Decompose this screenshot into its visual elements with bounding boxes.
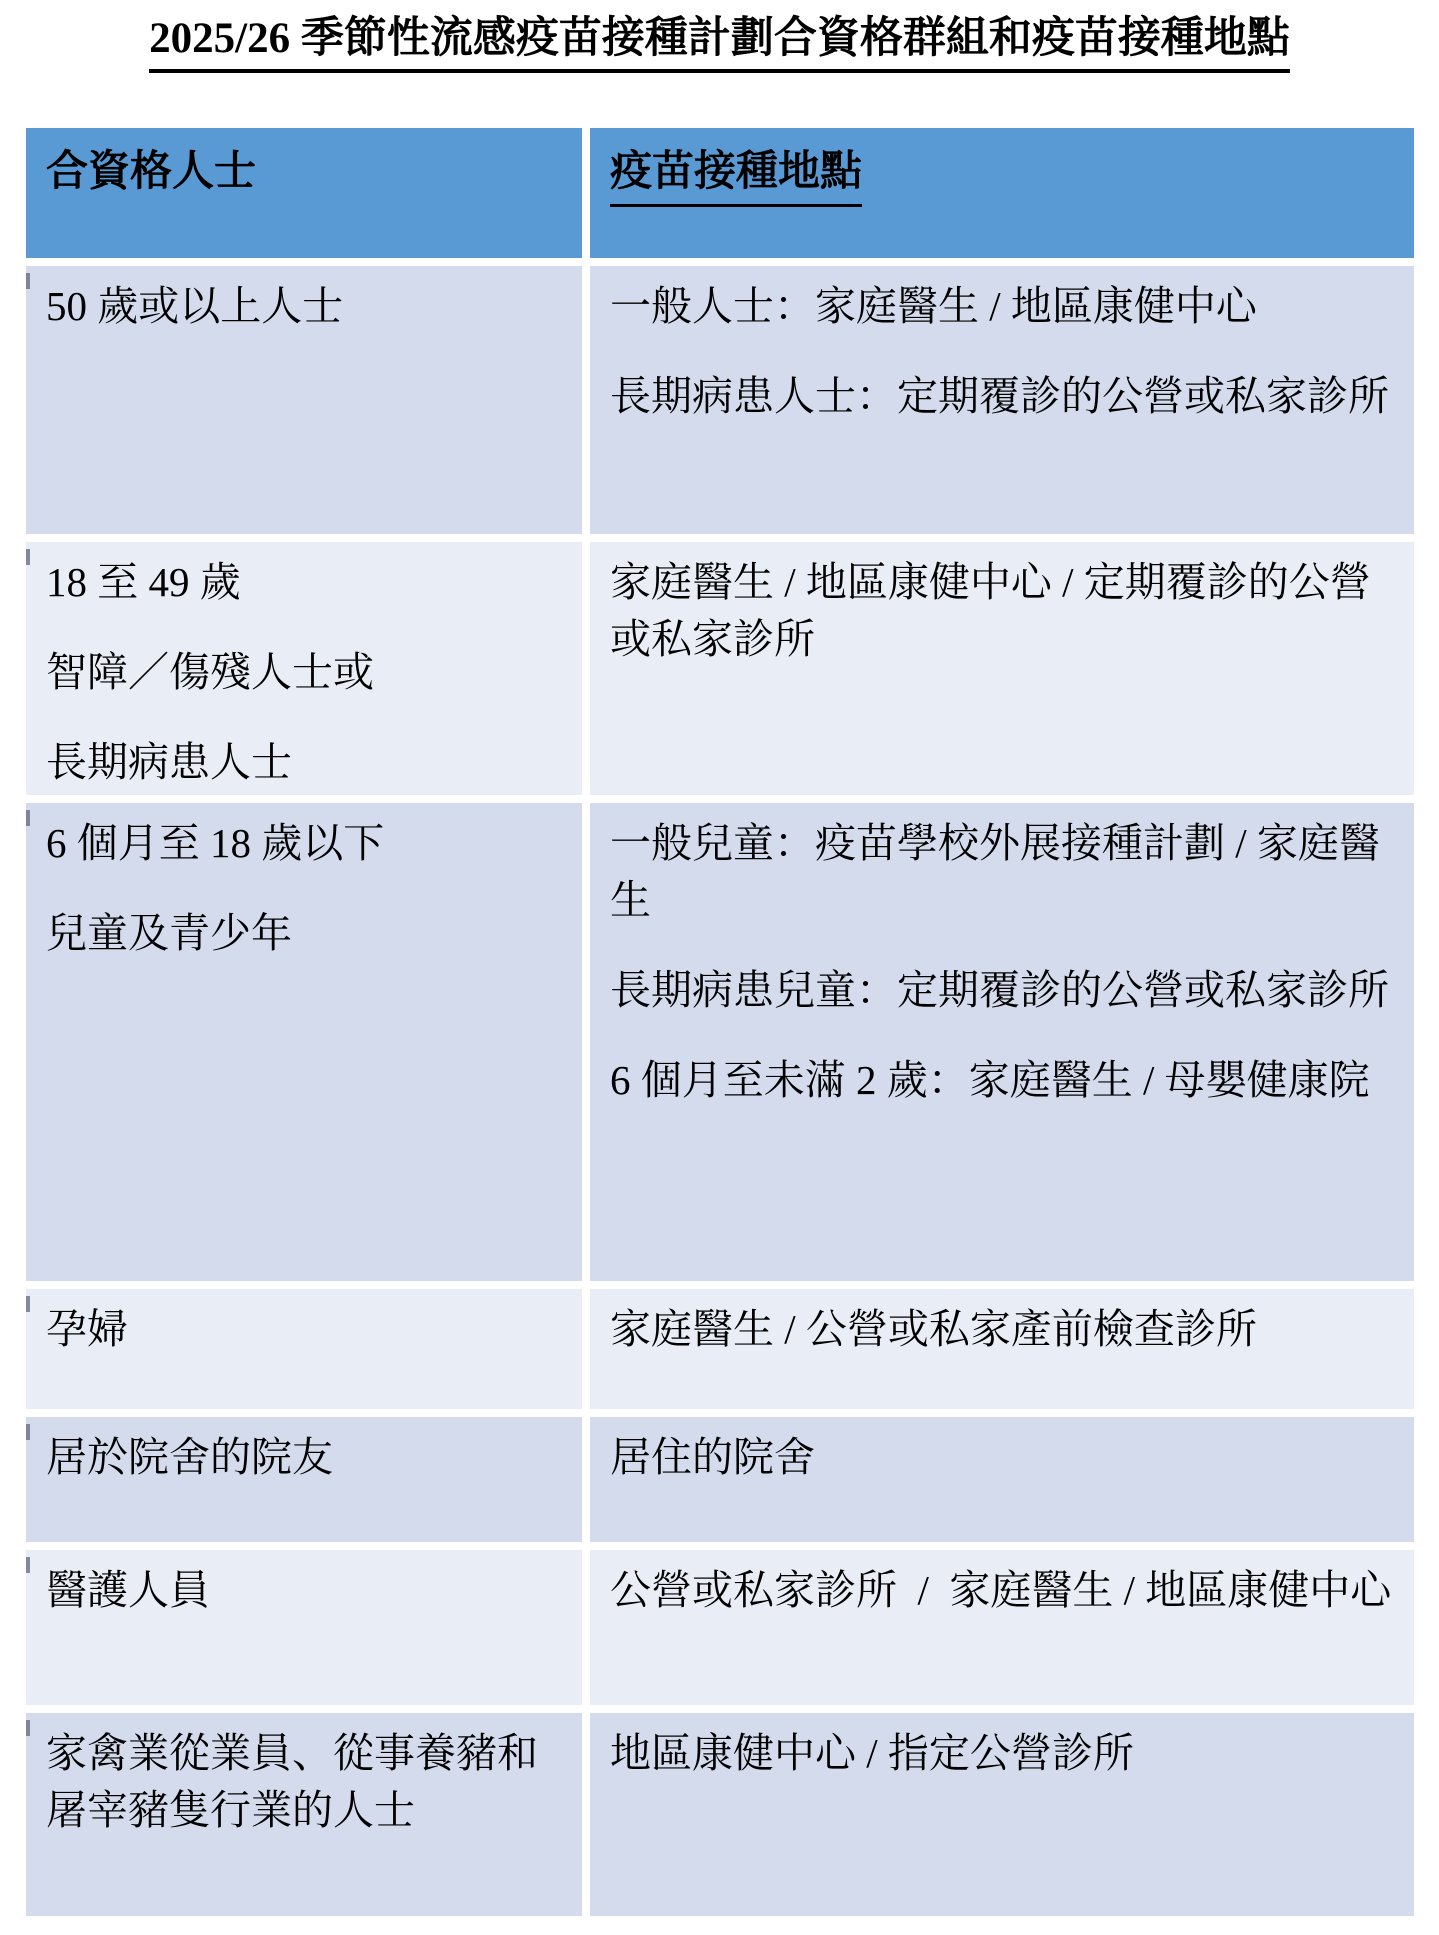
row5-locations-cell: 居住的院舍: [590, 1417, 1414, 1542]
vaccination-table: 合資格人士 疫苗接種地點 50 歲或以上人士 一般人士：家庭醫生 / 地區康健中…: [26, 128, 1414, 1916]
paragraph: 長期病患人士：定期覆診的公營或私家診所: [610, 368, 1398, 425]
paragraph: 智障／傷殘人士或: [46, 644, 566, 701]
row6-locations-cell: 公營或私家診所 / 家庭醫生 / 地區康健中心: [590, 1550, 1414, 1705]
row4-locations-cell: 家庭醫生 / 公營或私家產前檢查診所: [590, 1289, 1414, 1409]
row3-eligible-cell: 6 個月至 18 歲以下 兒童及青少年: [26, 803, 582, 1281]
row5-eligible-cell: 居於院舍的院友: [26, 1417, 582, 1542]
paragraph: 家禽業從業員、從事養豬和屠宰豬隻行業的人士: [46, 1725, 566, 1839]
paragraph: 公營或私家診所 / 家庭醫生 / 地區康健中心: [610, 1562, 1398, 1619]
row4-eligible-cell: 孕婦: [26, 1289, 582, 1409]
paragraph: 一般人士：家庭醫生 / 地區康健中心: [610, 278, 1398, 335]
paragraph: 孕婦: [46, 1301, 566, 1358]
paragraph: 6 個月至未滿 2 歲：家庭醫生 / 母嬰健康院: [610, 1052, 1398, 1109]
row1-eligible-cell: 50 歲或以上人士: [26, 266, 582, 534]
row1-locations-cell: 一般人士：家庭醫生 / 地區康健中心 長期病患人士：定期覆診的公營或私家診所: [590, 266, 1414, 534]
row7-locations-cell: 地區康健中心 / 指定公營診所: [590, 1713, 1414, 1916]
paragraph: 一般兒童：疫苗學校外展接種計劃 / 家庭醫生: [610, 815, 1398, 929]
paragraph: 兒童及青少年: [46, 905, 566, 962]
row7-eligible-cell: 家禽業從業員、從事養豬和屠宰豬隻行業的人士: [26, 1713, 582, 1916]
paragraph: 6 個月至 18 歲以下: [46, 815, 566, 872]
page-title: 2025/26 季節性流感疫苗接種計劃合資格群組和疫苗接種地點: [0, 0, 1439, 73]
header-locations-cell: 疫苗接種地點: [590, 128, 1414, 258]
paragraph: 居於院舍的院友: [46, 1429, 566, 1486]
document-page: 2025/26 季節性流感疫苗接種計劃合資格群組和疫苗接種地點 合資格人士 疫苗…: [0, 0, 1439, 1916]
header-eligible-label: 合資格人士: [46, 149, 256, 195]
row2-locations-cell: 家庭醫生 / 地區康健中心 / 定期覆診的公營或私家診所: [590, 542, 1414, 795]
paragraph: 家庭醫生 / 地區康健中心 / 定期覆診的公營或私家診所: [610, 554, 1398, 668]
paragraph: 家庭醫生 / 公營或私家產前檢查診所: [610, 1301, 1398, 1358]
paragraph: 長期病患人士: [46, 734, 566, 791]
header-eligible-cell: 合資格人士: [26, 128, 582, 258]
paragraph: 醫護人員: [46, 1562, 566, 1619]
paragraph: 50 歲或以上人士: [46, 278, 566, 335]
header-locations-label: 疫苗接種地點: [610, 144, 862, 207]
row2-eligible-cell: 18 至 49 歲 智障／傷殘人士或 長期病患人士: [26, 542, 582, 795]
paragraph: 18 至 49 歲: [46, 554, 566, 611]
page-title-text: 2025/26 季節性流感疫苗接種計劃合資格群組和疫苗接種地點: [149, 13, 1290, 73]
paragraph: 地區康健中心 / 指定公營診所: [610, 1725, 1398, 1782]
row3-locations-cell: 一般兒童：疫苗學校外展接種計劃 / 家庭醫生 長期病患兒童：定期覆診的公營或私家…: [590, 803, 1414, 1281]
paragraph: 居住的院舍: [610, 1429, 1398, 1486]
paragraph: 長期病患兒童：定期覆診的公營或私家診所: [610, 962, 1398, 1019]
row6-eligible-cell: 醫護人員: [26, 1550, 582, 1705]
